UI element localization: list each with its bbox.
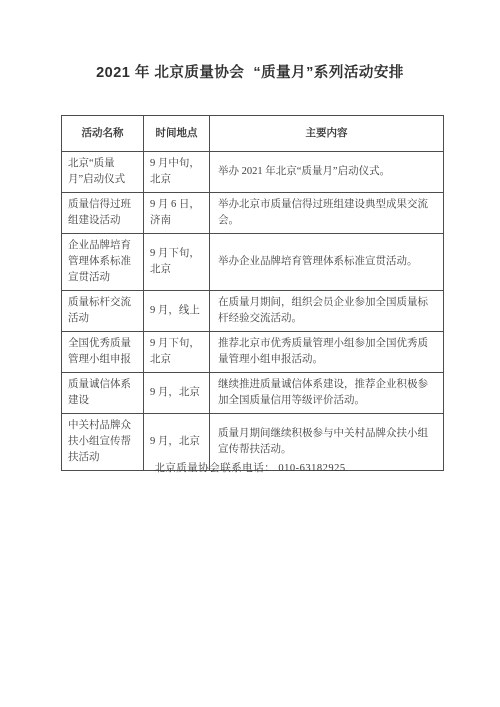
activity-name: 质量信得过班组建设活动 — [62, 193, 144, 234]
activity-content: 举办 2021 年北京“质量月”启动仪式。 — [210, 152, 444, 193]
activity-time-place: 9 月下旬，北京 — [144, 234, 210, 291]
activity-time-place: 9 月中旬，北京 — [144, 152, 210, 193]
activity-name: 企业品牌培育管理体系标准宣贯活动 — [62, 234, 144, 291]
activity-name: 质量标杆交流活动 — [62, 291, 144, 332]
table-row: 质量诚信体系建设 9 月，北京 继续推进质量诚信体系建设，推荐企业积极参加全国质… — [62, 373, 444, 414]
table-row: 质量标杆交流活动 9 月，线上 在质量月期间，组织会员企业参加全国质量标杆经验交… — [62, 291, 444, 332]
activity-content: 继续推进质量诚信体系建设，推荐企业积极参加全国质量信用等级评价活动。 — [210, 373, 444, 414]
table-row: 企业品牌培育管理体系标准宣贯活动 9 月下旬，北京 举办企业品牌培育管理体系标准… — [62, 234, 444, 291]
column-header-main-content: 主要内容 — [210, 116, 444, 152]
activity-name: 质量诚信体系建设 — [62, 373, 144, 414]
table-header-row: 活动名称 时间地点 主要内容 — [62, 116, 444, 152]
page-title: 2021 年 北京质量协会 “质量月”系列活动安排 — [0, 61, 500, 82]
activity-time-place: 9 月，北京 — [144, 373, 210, 414]
activity-content: 举办北京市质量信得过班组建设典型成果交流会。 — [210, 193, 444, 234]
table-row: 全国优秀质量管理小组申报 9 月下旬，北京 推荐北京市优秀质量管理小组参加全国优… — [62, 332, 444, 373]
activity-table: 活动名称 时间地点 主要内容 北京“质量月”启动仪式 9 月中旬，北京 举办 2… — [61, 115, 444, 471]
activity-content: 举办企业品牌培育管理体系标准宣贯活动。 — [210, 234, 444, 291]
activity-name: 全国优秀质量管理小组申报 — [62, 332, 144, 373]
activity-time-place: 9 月下旬，北京 — [144, 332, 210, 373]
activity-time-place: 9 月 6 日，济南 — [144, 193, 210, 234]
activity-content: 在质量月期间，组织会员企业参加全国质量标杆经验交流活动。 — [210, 291, 444, 332]
contact-phone-line: 北京质量协会联系电话： 010-63182925 — [0, 460, 500, 475]
activity-content: 推荐北京市优秀质量管理小组参加全国优秀质量管理小组申报活动。 — [210, 332, 444, 373]
column-header-activity-name: 活动名称 — [62, 116, 144, 152]
activity-name: 北京“质量月”启动仪式 — [62, 152, 144, 193]
table-row: 北京“质量月”启动仪式 9 月中旬，北京 举办 2021 年北京“质量月”启动仪… — [62, 152, 444, 193]
column-header-time-place: 时间地点 — [144, 116, 210, 152]
document-page: 2021 年 北京质量协会 “质量月”系列活动安排 活动名称 时间地点 主要内容… — [0, 0, 500, 707]
activity-time-place: 9 月，线上 — [144, 291, 210, 332]
table-row: 质量信得过班组建设活动 9 月 6 日，济南 举办北京市质量信得过班组建设典型成… — [62, 193, 444, 234]
